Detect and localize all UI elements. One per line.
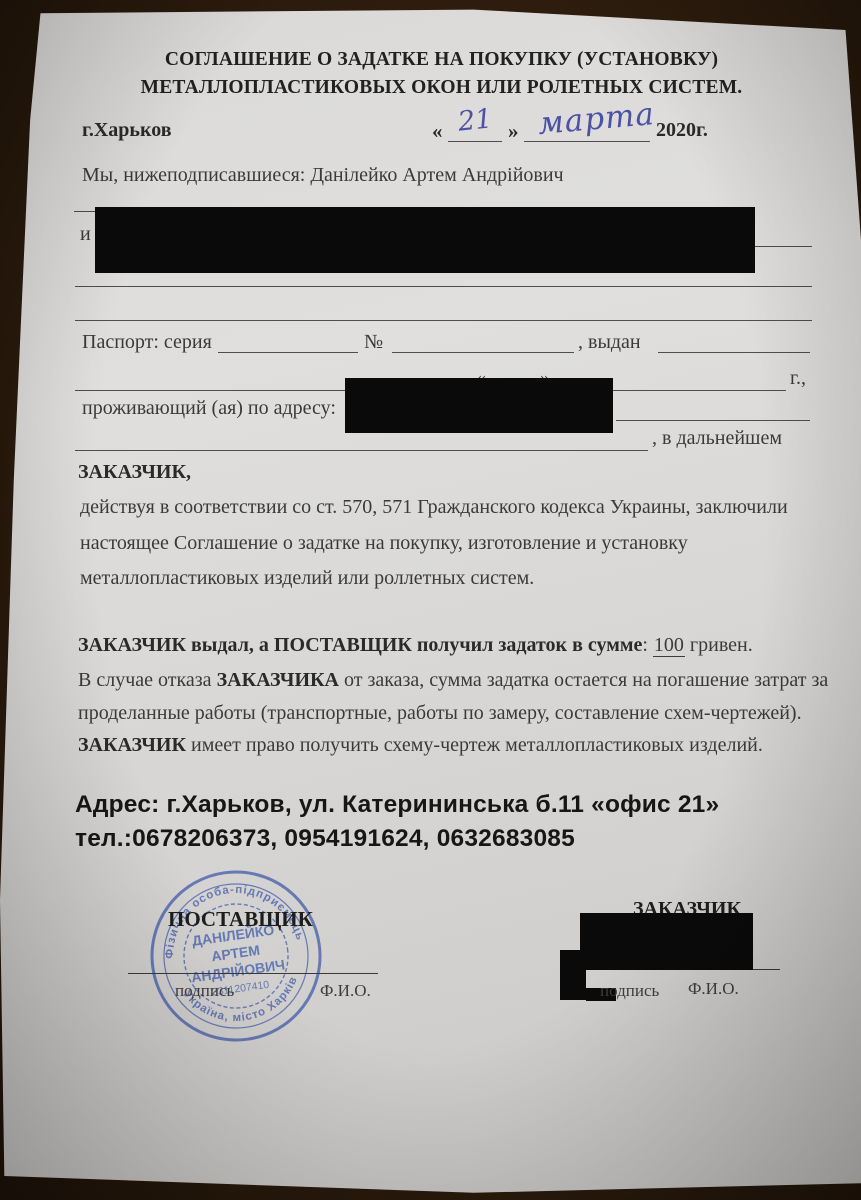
contact-phones-line: тел.:0678206373, 0954191624, 0632683085 [75,824,575,855]
redaction-block-customer-signature [580,913,753,970]
customer-heading: ЗАКАЗЧИК, [78,460,191,485]
blank-line-full [75,286,812,287]
passport-series-blank [218,352,358,353]
deposit-line-3: проделанные работы (транспортные, работы… [78,701,802,726]
deposit-line1-bold: ЗАКАЗЧИК выдал, а ПОСТАВЩИК получил зада… [78,634,642,656]
customer-signature-label: подпись [600,980,659,1001]
deposit-line2-bold: ЗАКАЗЧИКА [217,669,339,691]
contact-address-line: Адрес: г.Харьков, ул. Катерининська б.11… [75,790,719,821]
residing-label: проживающий (ая) по адресу: [82,396,336,421]
blank-line-full [75,320,812,321]
customer-name-label: Ф.И.О. [688,978,739,999]
date-day-blank-line [448,141,502,142]
deposit-line1-sep: : [642,634,653,656]
blank-line-segment [616,420,810,421]
acting-line-3: металлопластиковых изделий или роллетных… [80,566,534,591]
year-label: 2020г. [656,118,708,143]
supplier-signature-label: подпись [175,980,234,1001]
deposit-line2-tail: от заказа, сумма задатка остается на пог… [339,669,828,691]
date-open-quote: « [432,118,443,144]
handwritten-month: марта [537,95,657,144]
handwritten-day: 21 [456,102,494,139]
deposit-line1-tail: гривен. [685,634,753,656]
acting-line-1: действуя в соответствии со ст. 570, 571 … [80,495,788,520]
document-title-line2: МЕТАЛЛОПЛАСТИКОВЫХ ОКОН ИЛИ РОЛЕТНЫХ СИС… [70,76,813,100]
year-suffix: г., [790,366,806,391]
passport-number-blank [392,352,574,353]
deposit-line-2: В случае отказа ЗАКАЗЧИКА от заказа, сум… [78,668,828,693]
date-close-quote: » [508,118,519,144]
deposit-line4-bold: ЗАКАЗЧИК [78,734,186,756]
paper-sheet: СОГЛАШЕНИЕ О ЗАДАТКЕ НА ПОКУПКУ (УСТАНОВ… [0,0,861,1200]
deposit-line2-pre: В случае отказа [78,669,217,691]
supplier-heading: ПОСТАВЩИК [168,906,313,932]
deposit-line-4: ЗАКАЗЧИК имеет право получить схему-черт… [78,733,763,758]
deposit-line-1: ЗАКАЗЧИК выдал, а ПОСТАВЩИК получил зада… [78,633,753,658]
redaction-block-address [345,378,613,433]
redaction-block-name [95,207,755,273]
intro-line: Мы, нижеподписавшиеся: Данілейко Артем А… [82,163,564,188]
supplier-signature-line [128,973,378,974]
deposit-amount: 100 [653,634,685,657]
redaction-block-customer-small-left [560,950,586,1000]
passport-number-sign: № [364,330,383,355]
and-label: и [80,222,91,247]
acting-line-2: настоящее Соглашение о задатке на покупк… [80,531,688,556]
passport-issued-label: , выдан [578,330,641,355]
document-title-line1: СОГЛАШЕНИЕ О ЗАДАТКЕ НА ПОКУПКУ (УСТАНОВ… [70,48,813,72]
deposit-line4-tail: имеет право получить схему-чертеж металл… [186,734,763,756]
passport-issued-blank [658,352,810,353]
hereinafter-label: , в дальнейшем [652,426,782,451]
blank-line-segment [75,450,648,451]
supplier-name-label: Ф.И.О. [320,980,371,1001]
city-label: г.Харьков [82,118,172,143]
photo-of-document: { "document": { "title_line1": "СОГЛАШЕН… [0,0,861,1200]
passport-label: Паспорт: серия [82,330,212,355]
supplier-round-stamp: Фізична особа-підприємець Україна, місто… [134,854,337,1057]
blank-line-segment [755,246,812,247]
